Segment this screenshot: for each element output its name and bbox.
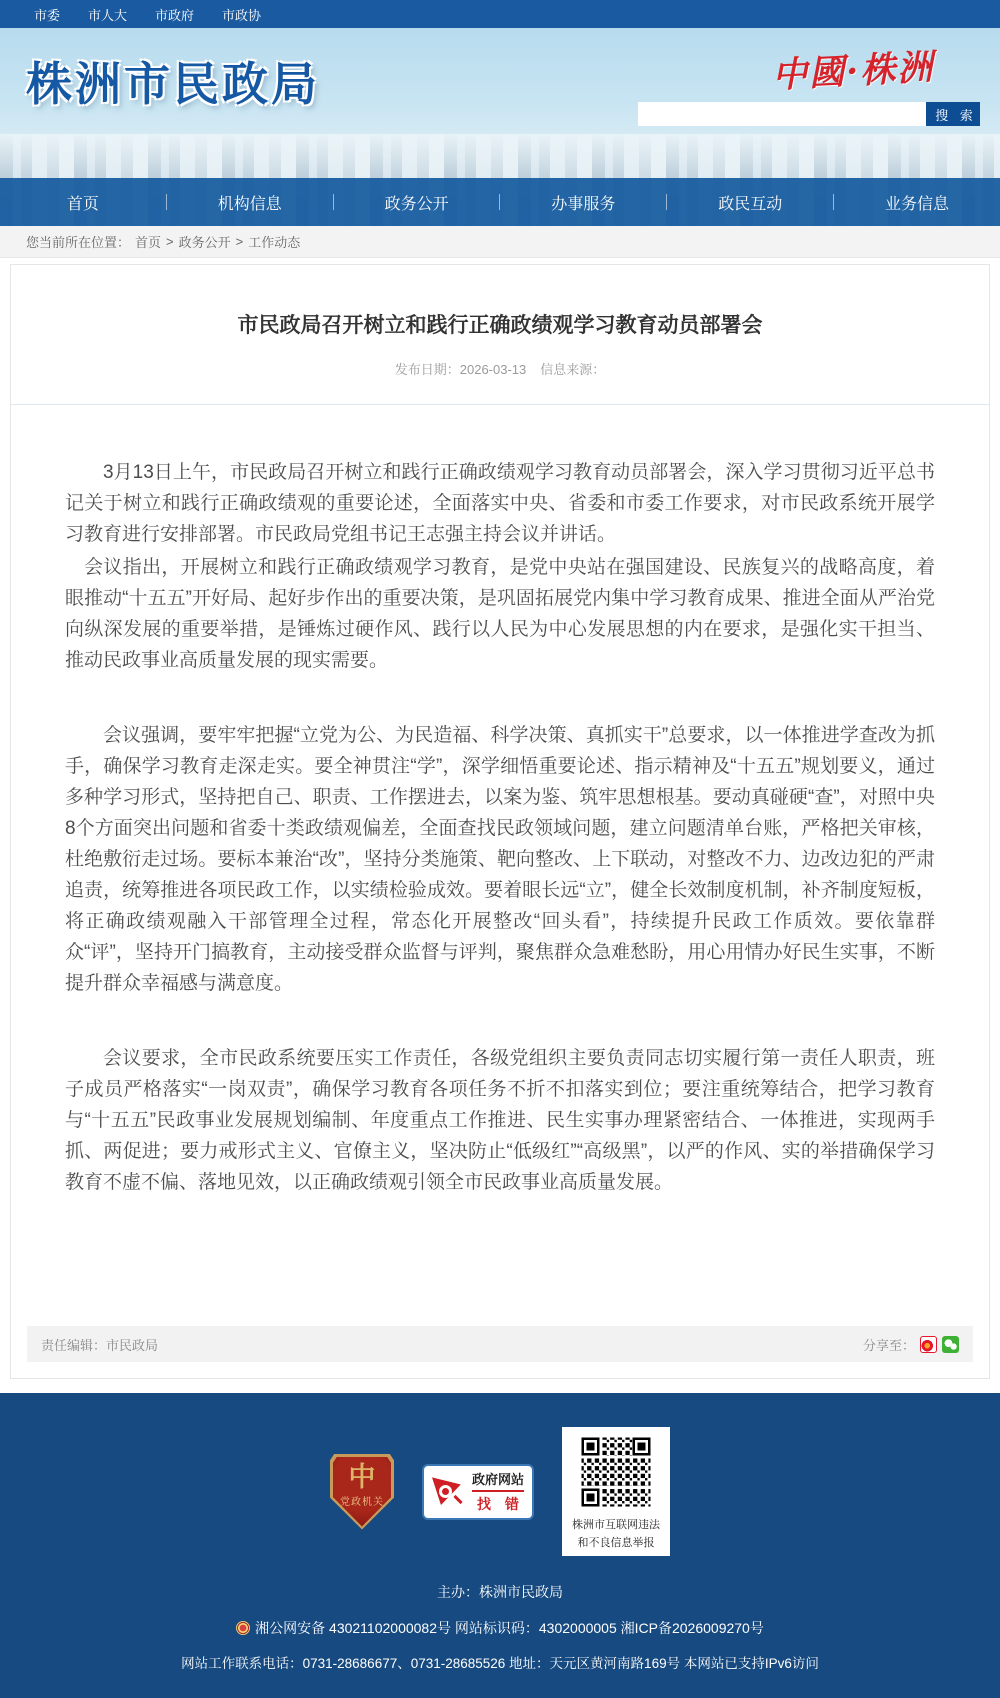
source-label: 信息来源： — [540, 362, 605, 377]
nav-item-gov-disclosure[interactable]: 政务公开 — [334, 191, 500, 214]
topbar-link-shirenda[interactable]: 市人大 — [88, 5, 127, 24]
footer-badges: 中 党政机关 政府网站 找 错 — [0, 1427, 1000, 1556]
topbar-link-shizhengfu[interactable]: 市政府 — [155, 5, 194, 24]
find-error-line2: 找 错 — [472, 1494, 524, 1514]
magnifier-icon — [432, 1476, 464, 1508]
editor-bar: 责任编辑：市民政局 分享至： — [27, 1326, 973, 1362]
topbar-link-shizhengxie[interactable]: 市政协 — [222, 5, 261, 24]
main-nav: 首页 机构信息 政务公开 办事服务 政民互动 业务信息 — [0, 178, 1000, 226]
breadcrumb-item-gov-disclosure[interactable]: 政务公开 — [179, 232, 231, 251]
article-meta: 发布日期：2026-03-13信息来源： — [11, 359, 989, 378]
article-title: 市民政局召开树立和践行正确政绩观学习教育动员部署会 — [61, 309, 939, 339]
report-qr-box: 株洲市互联网违法 和不良信息举报 — [562, 1427, 670, 1556]
footer-icp-text: 湘公网安备 43021102000082号 网站标识码：4302000005 湘… — [255, 1620, 764, 1636]
header-banner: 株洲市民政局 中國·株洲 搜 索 首页 机构信息 政务公开 办事服务 政民互动 … — [0, 28, 1000, 226]
article-paragraph: 会议要求，全市民政系统要压实工作责任，各级党组织主要负责同志切实履行第一责任人职… — [65, 1043, 935, 1198]
qr-caption-line2: 和不良信息举报 — [572, 1536, 660, 1550]
qr-code — [579, 1435, 653, 1509]
article-paragraph: 3月13日上午，市民政局召开树立和践行正确政绩观学习教育动员部署会，深入学习贯彻… — [65, 457, 935, 550]
party-emblem-icon: 中 — [349, 1463, 376, 1493]
footer-contact-line: 网站工作联系电话：0731-28686677、0731-28685526 地址：… — [0, 1652, 1000, 1672]
article-card: 市民政局召开树立和践行正确政绩观学习教育动员部署会 发布日期：2026-03-1… — [10, 264, 990, 1379]
nav-item-business-info[interactable]: 业务信息 — [834, 191, 1000, 214]
page-footer: 中 党政机关 政府网站 找 错 — [0, 1393, 1000, 1698]
article-paragraph: 会议强调，要牢牢把握“立党为公、为民造福、科学决策、真抓实干”总要求，以一体推进… — [65, 720, 935, 999]
share-label: 分享至： — [863, 1335, 915, 1354]
top-utility-bar: 市委 市人大 市政府 市政协 — [0, 0, 1000, 28]
nav-item-interaction[interactable]: 政民互动 — [667, 191, 833, 214]
qr-caption-line1: 株洲市互联网违法 — [572, 1518, 660, 1532]
party-badge-label: 党政机关 — [340, 1493, 384, 1508]
search-button[interactable]: 搜 索 — [926, 102, 980, 126]
article-paragraph: 会议指出，开展树立和践行正确政绩观学习教育，是党中央站在强国建设、民族复兴的战略… — [65, 552, 935, 676]
search-bar: 搜 索 — [638, 102, 980, 126]
city-slogan-calligraphy: 中國·株洲 — [771, 40, 936, 98]
nav-item-services[interactable]: 办事服务 — [500, 191, 666, 214]
breadcrumb-item-work-news[interactable]: 工作动态 — [248, 232, 300, 251]
nav-item-org-info[interactable]: 机构信息 — [167, 191, 333, 214]
article-body: 3月13日上午，市民政局召开树立和践行正确政绩观学习教育动员部署会，深入学习贯彻… — [65, 457, 935, 1198]
nav-item-home[interactable]: 首页 — [0, 191, 166, 214]
wechat-share-icon[interactable] — [942, 1336, 959, 1353]
publish-date-label: 发布日期： — [395, 362, 460, 377]
footer-host-line: 主办：株洲市民政局 — [0, 1582, 1000, 1602]
share-controls: 分享至： — [863, 1335, 959, 1354]
title-divider — [11, 404, 989, 405]
breadcrumb-label: 您当前所在位置： — [26, 232, 130, 251]
site-title: 株洲市民政局 — [26, 48, 320, 114]
search-input[interactable] — [638, 102, 926, 126]
breadcrumb-item-home[interactable]: 首页 — [135, 232, 161, 251]
police-badge-icon — [236, 1621, 250, 1635]
publish-date: 2026-03-13 — [460, 362, 527, 377]
topbar-link-shiwei[interactable]: 市委 — [34, 5, 60, 24]
party-gov-badge: 中 党政机关 — [330, 1454, 394, 1530]
breadcrumb: 您当前所在位置： 首页 > 政务公开 > 工作动态 — [0, 226, 1000, 258]
weibo-share-icon[interactable] — [920, 1336, 937, 1353]
breadcrumb-separator: > — [236, 234, 244, 249]
editor-credit: 责任编辑：市民政局 — [41, 1335, 158, 1354]
party-gov-badge-inner: 中 党政机关 — [333, 1457, 391, 1527]
breadcrumb-separator: > — [166, 234, 174, 249]
gov-site-find-error-badge[interactable]: 政府网站 找 错 — [422, 1464, 534, 1520]
find-error-line1: 政府网站 — [472, 1469, 524, 1492]
footer-icp-line: 湘公网安备 43021102000082号 网站标识码：4302000005 湘… — [0, 1618, 1000, 1638]
